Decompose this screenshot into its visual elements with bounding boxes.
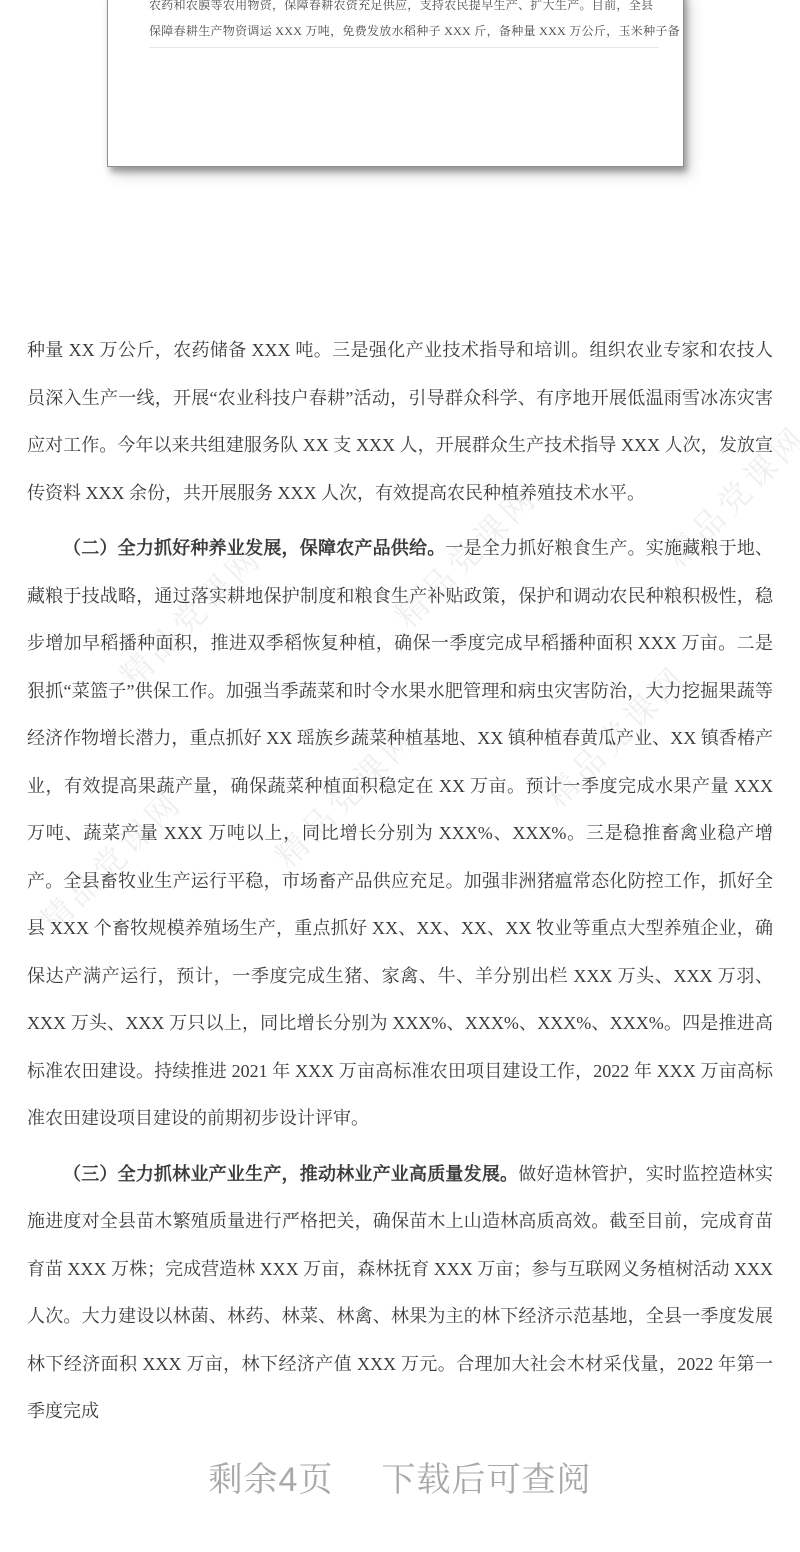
preview-text-line: 农药和农膜等农用物资，保障春耕农资充足供应，支持农民提早生产、扩大生产。目前，全… xyxy=(149,0,659,13)
paragraph: 种量 XX 万公斤，农药储备 XXX 吨。三是强化产业技术指导和培训。组织农业专… xyxy=(27,327,773,517)
paragraph: （三）全力抓林业产业生产，推动林业产业高质量发展。做好造林管护，实时监控造林实施… xyxy=(27,1151,773,1436)
preview-divider xyxy=(149,47,659,48)
pages-left-label: 剩余4页 xyxy=(209,1452,334,1501)
preview-text-line: 保障春耕生产物资调运 XXX 万吨，免费发放水稻种子 XXX 斤，备种量 XXX… xyxy=(149,23,659,39)
document-preview-page: 农药和农膜等农用物资，保障春耕农资充足供应，支持农民提早生产、扩大生产。目前，全… xyxy=(0,0,800,1552)
paragraph-lead: （二）全力抓好种养业发展，保障农产品供给。 xyxy=(63,538,445,558)
download-hint-label: 下载后可查阅 xyxy=(381,1452,591,1501)
remaining-pages-notice: 剩余4页 下载后可查阅 xyxy=(0,1452,800,1501)
page-preview-card: 农药和农膜等农用物资，保障春耕农资充足供应，支持农民提早生产、扩大生产。目前，全… xyxy=(107,0,684,167)
document-body: 种量 XX 万公斤，农药储备 XXX 吨。三是强化产业技术指导和培训。组织农业专… xyxy=(27,327,773,1436)
paragraph: （二）全力抓好种养业发展，保障农产品供给。一是全力抓好粮食生产。实施藏粮于地、藏… xyxy=(27,525,773,1143)
paragraph-lead: （三）全力抓林业产业生产，推动林业产业高质量发展。 xyxy=(63,1164,518,1184)
